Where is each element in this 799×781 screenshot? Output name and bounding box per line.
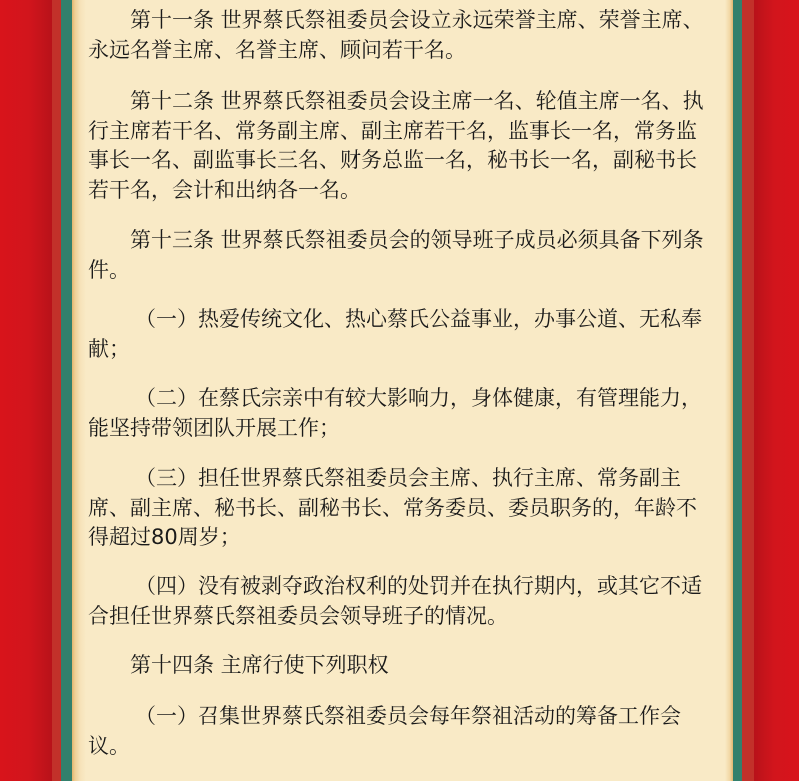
article-14-item-1: （一）召集世界蔡氏祭祖委员会每年祭祖活动的筹备工作会议。: [88, 702, 716, 761]
article-11: 第十一条 世界蔡氏祭祖委员会设立永远荣誉主席、荣誉主席、永远名誉主席、名誉主席、…: [88, 6, 716, 65]
article-13-item-4: （四）没有被剥夺政治权利的处罚并在执行期内，或其它不适合担任世界蔡氏祭祖委员会领…: [88, 572, 716, 631]
document-page: 第十一条 世界蔡氏祭祖委员会设立永远荣誉主席、荣誉主席、永远名誉主席、名誉主席、…: [72, 0, 733, 781]
left-red-border: [0, 0, 52, 781]
article-13-item-2: （二）在蔡氏宗亲中有较大影响力，身体健康，有管理能力，能坚持带领团队开展工作；: [88, 384, 716, 443]
left-red-stripe: [52, 0, 61, 781]
article-13-item-3: （三）担任世界蔡氏祭祖委员会主席、执行主席、常务副主席、副主席、秘书长、副秘书长…: [88, 464, 716, 553]
left-teal-stripe: [61, 0, 72, 781]
article-13: 第十三条 世界蔡氏祭祖委员会的领导班子成员必须具备下列条件。: [88, 226, 716, 285]
article-14: 第十四条 主席行使下列职权: [88, 651, 716, 681]
right-red-border: [754, 0, 799, 781]
article-13-item-1: （一）热爱传统文化、热心蔡氏公益事业，办事公道、无私奉献；: [88, 305, 716, 364]
article-12: 第十二条 世界蔡氏祭祖委员会设主席一名、轮值主席一名、执行主席若干名、常务副主席…: [88, 87, 716, 205]
right-red-stripe: [742, 0, 754, 781]
